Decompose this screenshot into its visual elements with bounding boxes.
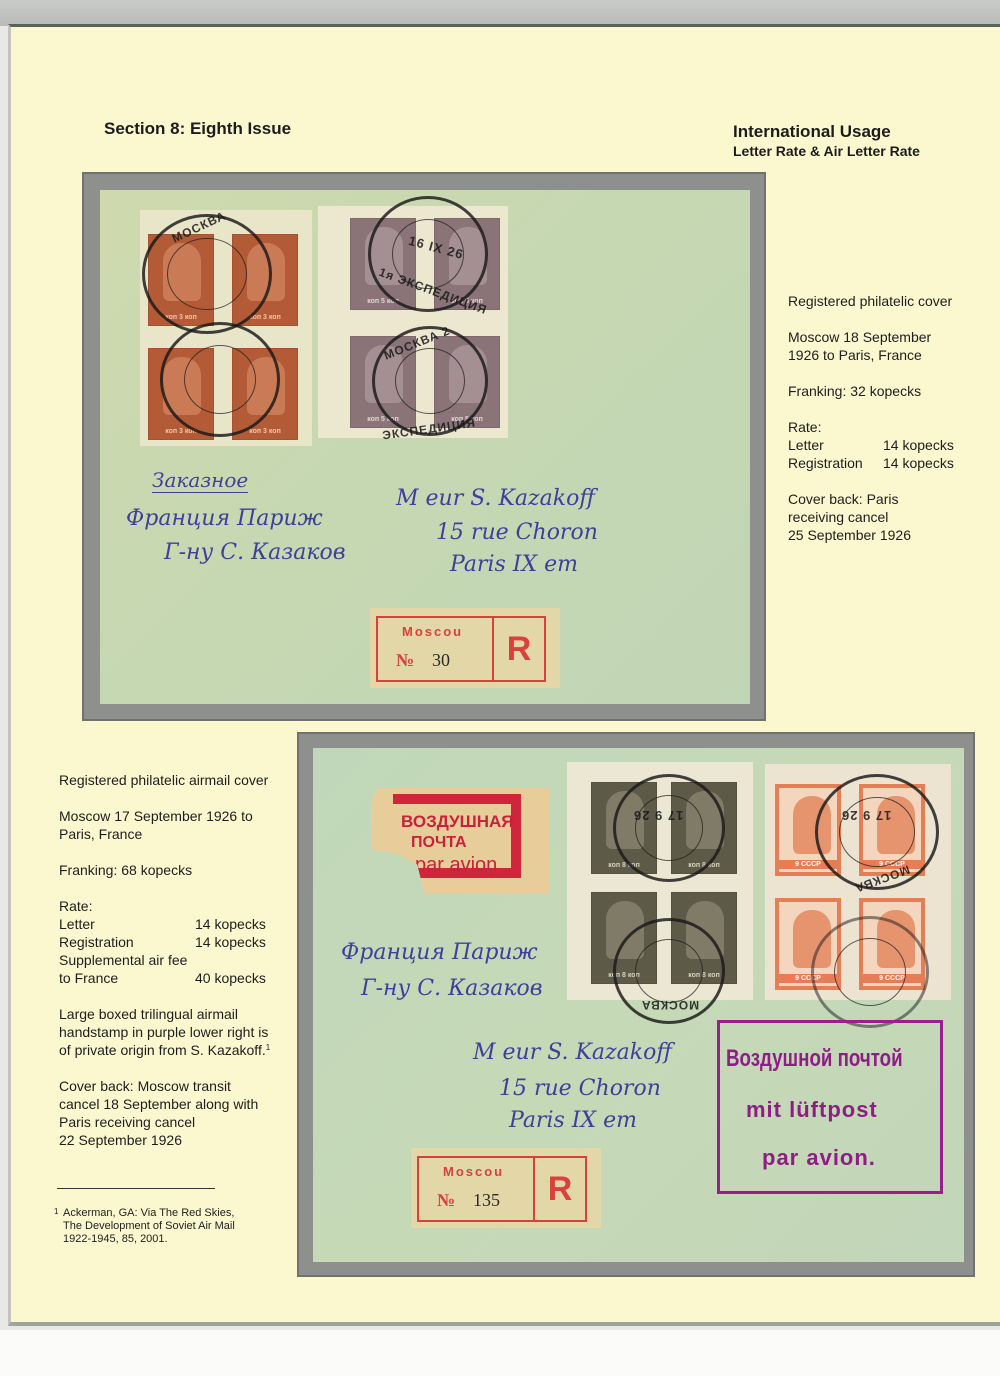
registration-number: 135 [473,1190,500,1211]
cover1-registration-label: Moscou № 30 R [370,608,560,688]
rate-row-letter: Letter14 kopecks [788,436,988,454]
cover1-route-line2: 1926 to Paris, France [788,347,922,363]
cover2-hand-addressee-1: M eur S. Kazakoff [473,1040,672,1065]
cover1-franking: Franking: 32 kopecks [788,382,988,400]
cover1-hand-addressee-2: 15 rue Choron [436,520,598,545]
cover1-hand-registered: Заказное [152,468,248,493]
usage-title: International Usage [733,122,920,142]
cover2-cancel-upper-left [613,774,725,882]
cover1-cancel-lower-left [160,322,280,437]
cover2-hand-sender-1: Франция Париж [341,940,538,965]
rate-row-registration: Registration14 kopecks [59,933,294,951]
usage-subtitle: Letter Rate & Air Letter Rate [733,142,920,161]
rate-row-air-fee: Supplemental air fee [59,951,294,969]
registration-city: Moscou [402,624,463,639]
cover2-franking: Franking: 68 kopecks [59,861,294,879]
scan-bottom-edge [0,1330,1000,1376]
airmail-etiquette-line2: ПОЧТА [411,834,467,852]
rate-row-letter: Letter14 kopecks [59,915,294,933]
trilingual-airmail-handstamp: Воздушной почтой mit lüftpost par avion. [717,1020,943,1194]
cover2-cancel-lower-left-text: МОСКВА [641,998,699,1012]
usage-header: International Usage Letter Rate & Air Le… [733,122,920,161]
cover2-type: Registered philatelic airmail cover [59,771,294,789]
cover1-hand-addressee-3: Paris IX em [450,552,578,577]
cover1-rate-heading: Rate: [788,419,821,435]
cover2-hand-sender-2: Г-ну С. Казаков [361,976,543,1001]
cover1-route: Moscow 18 September 1926 to Paris, Franc… [788,328,988,364]
handstamp-french: par avion. [762,1145,876,1171]
rate-row-registration: Registration14 kopecks [788,454,988,472]
cover2-registration-label: Moscou № 135 R [411,1148,601,1228]
scan-top-edge [0,0,1000,26]
cover1-type: Registered philatelic cover [788,292,988,310]
rate-row-to-france: to France40 kopecks [59,969,294,987]
cover2-description: Registered philatelic airmail cover Mosc… [59,771,294,1167]
registration-number-symbol: № [396,650,414,671]
cover2-rates: Rate: Letter14 kopecks Registration14 ko… [59,897,294,987]
cover1-route-line1: Moscow 18 September [788,329,931,345]
footnote-number: 1 [54,1205,58,1218]
section-title: Section 8: Eighth Issue [104,119,291,139]
cover2-cancel-upper-left-date: 17 9 26 [633,808,683,823]
cover1-hand-sender-1: Франция Париж [126,506,323,531]
airmail-etiquette: ВОЗДУШНАЯ ПОЧТА par avion [371,788,549,894]
cover1-hand-sender-2: Г-ну С. Казаков [164,540,346,565]
registration-number-symbol: № [437,1190,455,1211]
footnote-divider [57,1188,215,1189]
cover2-cancel-lower-right [811,916,929,1028]
handstamp-german: mit lüftpost [746,1097,878,1123]
registration-letter: R [494,618,544,680]
footnote-ref: 1 [266,1043,270,1052]
cover1-hand-addressee-1: M eur S. Kazakoff [396,486,595,511]
footnote-line1: Ackerman, GA: Via The Red Skies, [63,1207,274,1220]
cover1-cancel-top-left [142,214,272,334]
cover2-envelope: ВОЗДУШНАЯ ПОЧТА par avion коп 8 коп коп … [313,748,964,1262]
registration-number: 30 [432,650,450,671]
footnote-line2: The Development of Soviet Air Mail [63,1220,274,1233]
cover1-rates: Rate: Letter14 kopecks Registration14 ko… [788,418,988,472]
cover2-route: Moscow 17 September 1926 to Paris, Franc… [59,807,294,843]
registration-letter: R [535,1158,585,1220]
registration-city: Moscou [443,1164,504,1179]
cover1-cover-back: Cover back: Paris receiving cancel 25 Se… [788,490,988,544]
cover1-description: Registered philatelic cover Moscow 18 Se… [788,292,988,562]
cover2-cancel-upper-right-date: 17 9 26 [841,808,891,823]
cover1-envelope: коп 3 коп коп 3 коп коп 3 коп коп 3 коп … [100,190,750,704]
cover2-cover-back: Cover back: Moscow transit cancel 18 Sep… [59,1077,294,1149]
footnote-line3: 1922-1945, 85, 2001. [63,1233,274,1246]
handstamp-russian: Воздушной почтой [726,1045,903,1073]
footnote: 1 Ackerman, GA: Via The Red Skies, The D… [54,1207,274,1246]
cover2-hand-addressee-3: Paris IX em [509,1108,637,1133]
cover2-mount: ВОЗДУШНАЯ ПОЧТА par avion коп 8 коп коп … [297,732,975,1277]
airmail-etiquette-line3: par avion [415,854,497,877]
cover1-mount: коп 3 коп коп 3 коп коп 3 коп коп 3 коп … [82,172,766,721]
airmail-etiquette-line1: ВОЗДУШНАЯ [401,812,513,832]
cover2-handstamp-note: Large boxed trilingual airmail handstamp… [59,1005,294,1059]
cover2-hand-addressee-2: 15 rue Choron [499,1076,661,1101]
